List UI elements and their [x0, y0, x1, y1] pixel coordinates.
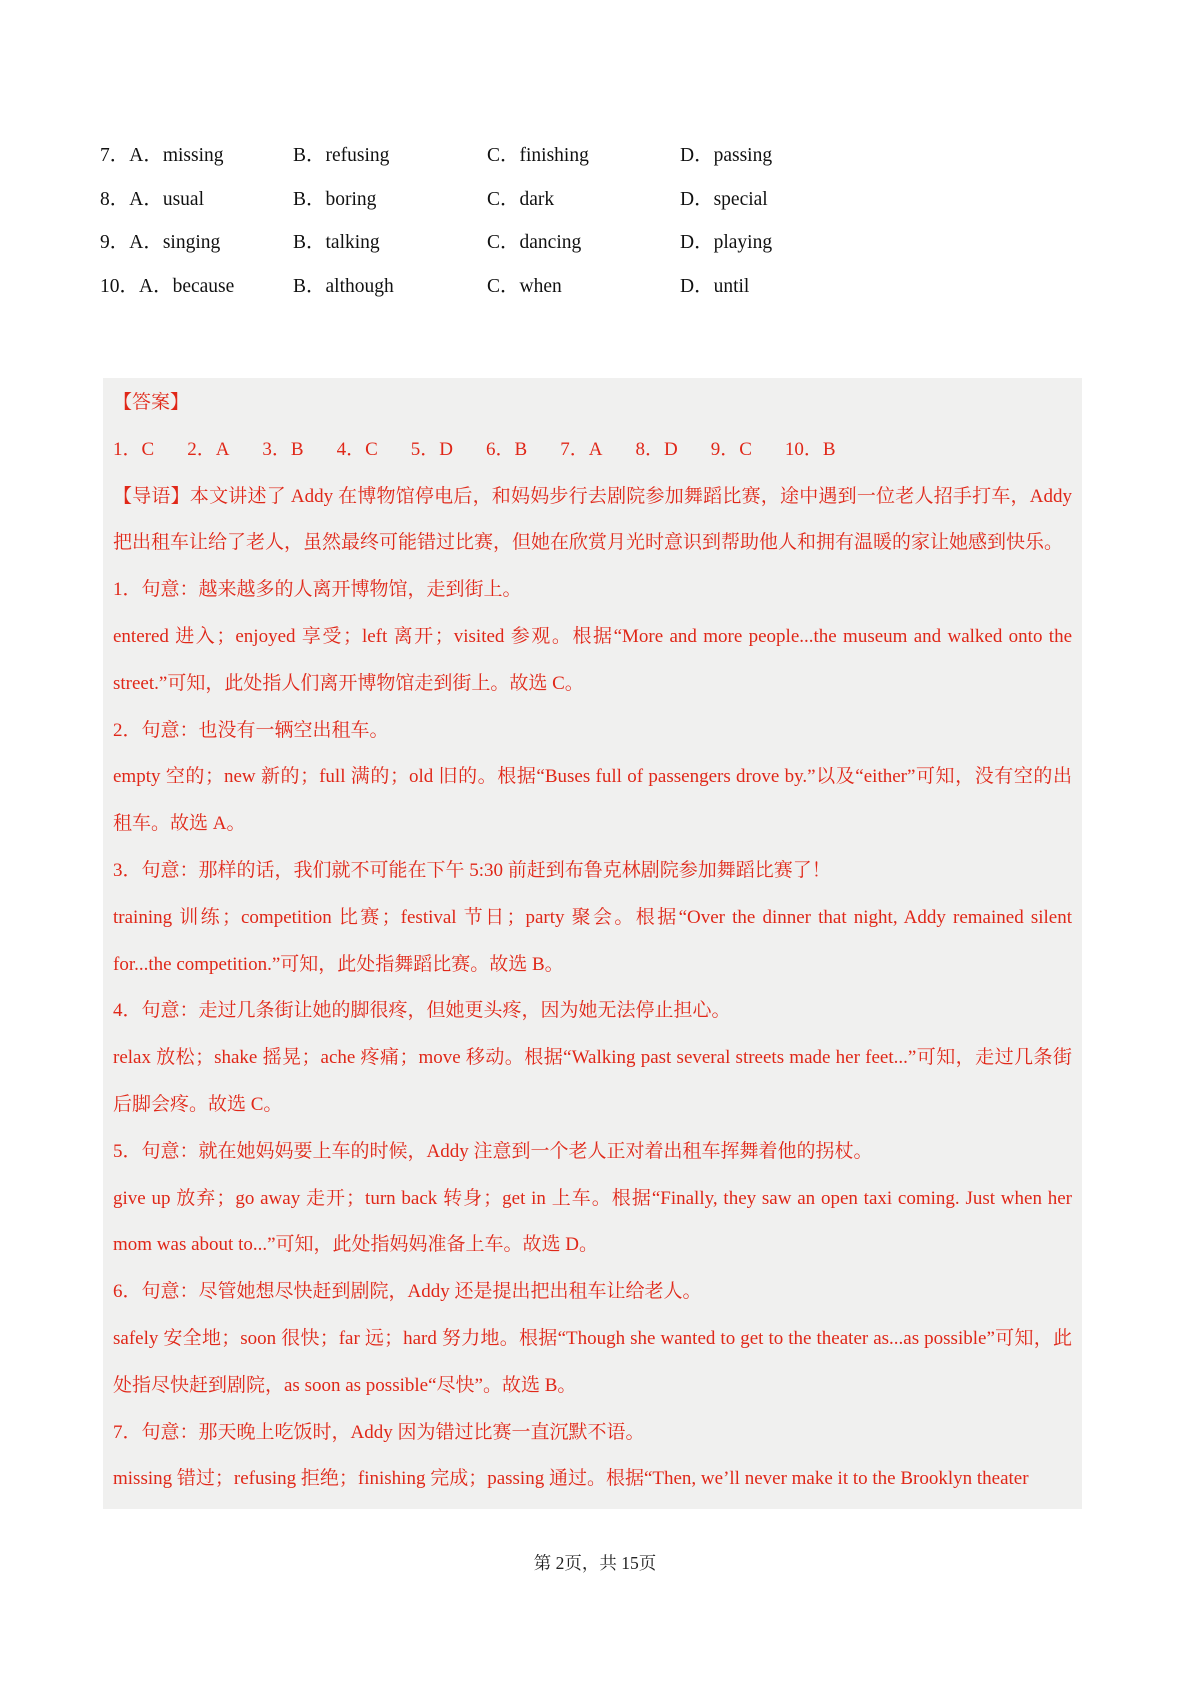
sentence-meaning-2: 2．句意：也没有一辆空出租车。 [113, 708, 1072, 755]
answer-item: 10．B [785, 427, 836, 474]
question-row-10: 10．A．because B．although C．when D．until [100, 265, 1110, 309]
question-option: D．special [680, 178, 1010, 222]
sentence-meaning-1: 1．句意：越来越多的人离开博物馆，走到街上。 [113, 567, 1072, 614]
answer-item: 8．D [635, 427, 677, 474]
intro-paragraph: 【导语】本文讲述了 Addy 在博物馆停电后，和妈妈步行去剧院参加舞蹈比赛，途中… [113, 474, 1072, 568]
sentence-meaning-3: 3．句意：那样的话，我们就不可能在下午 5:30 前赶到布鲁克林剧院参加舞蹈比赛… [113, 848, 1072, 895]
question-option: 7．A．missing [100, 134, 293, 178]
explanation-7: missing 错过；refusing 拒绝；finishing 完成；pass… [113, 1456, 1072, 1503]
answer-item: 6．B [486, 427, 527, 474]
question-row-8: 8．A．usual B．boring C．dark D．special [100, 178, 1110, 222]
question-option: C．when [487, 265, 680, 309]
answer-item: 5．D [411, 427, 453, 474]
answer-item: 4．C [337, 427, 378, 474]
explanation-5: give up 放弃；go away 走开；turn back 转身；get i… [113, 1176, 1072, 1270]
answer-item: 7．A [560, 427, 602, 474]
question-row-7: 7．A．missing B．refusing C．finishing D．pas… [100, 134, 1110, 178]
sentence-meaning-4: 4．句意：走过几条街让她的脚很疼，但她更头疼，因为她无法停止担心。 [113, 988, 1072, 1035]
answer-item: 1．C [113, 427, 154, 474]
answer-explanation-panel: 【答案】 1．C 2．A 3．B 4．C 5．D 6．B 7．A 8．D 9．C… [103, 378, 1082, 1509]
question-option: 9．A．singing [100, 221, 293, 265]
question-option: B．boring [293, 178, 487, 222]
question-option: D．passing [680, 134, 1010, 178]
question-option: B．although [293, 265, 487, 309]
question-option: C．dancing [487, 221, 680, 265]
question-options-block: 7．A．missing B．refusing C．finishing D．pas… [100, 134, 1110, 308]
question-option: B．talking [293, 221, 487, 265]
sentence-meaning-7: 7．句意：那天晚上吃饭时，Addy 因为错过比赛一直沉默不语。 [113, 1410, 1072, 1457]
explanation-4: relax 放松；shake 摇晃；ache 疼痛；move 移动。根据“Wal… [113, 1035, 1072, 1129]
question-option: D．until [680, 265, 1010, 309]
answer-key-line: 1．C 2．A 3．B 4．C 5．D 6．B 7．A 8．D 9．C 10．B [113, 427, 1072, 474]
question-option: C．finishing [487, 134, 680, 178]
answer-item: 9．C [711, 427, 752, 474]
explanation-2: empty 空的；new 新的；full 满的；old 旧的。根据“Buses … [113, 754, 1072, 848]
answer-item: 2．A [187, 427, 229, 474]
question-row-9: 9．A．singing B．talking C．dancing D．playin… [100, 221, 1110, 265]
question-option: D．playing [680, 221, 1010, 265]
explanation-1: entered 进入；enjoyed 享受；left 离开；visited 参观… [113, 614, 1072, 708]
explanation-6: safely 安全地；soon 很快；far 远；hard 努力地。根据“Tho… [113, 1316, 1072, 1410]
question-option: 10．A．because [100, 265, 293, 309]
explanation-3: training 训练；competition 比赛；festival 节日；p… [113, 895, 1072, 989]
question-option: B．refusing [293, 134, 487, 178]
sentence-meaning-6: 6．句意：尽管她想尽快赶到剧院，Addy 还是提出把出租车让给老人。 [113, 1269, 1072, 1316]
answer-header-label: 【答案】 [113, 380, 1072, 427]
sentence-meaning-5: 5．句意：就在她妈妈要上车的时候，Addy 注意到一个老人正对着出租车挥舞着他的… [113, 1129, 1072, 1176]
question-option: 8．A．usual [100, 178, 293, 222]
answer-item: 3．B [262, 427, 303, 474]
page-number-footer: 第 2页，共 15页 [0, 1549, 1190, 1577]
question-option: C．dark [487, 178, 680, 222]
